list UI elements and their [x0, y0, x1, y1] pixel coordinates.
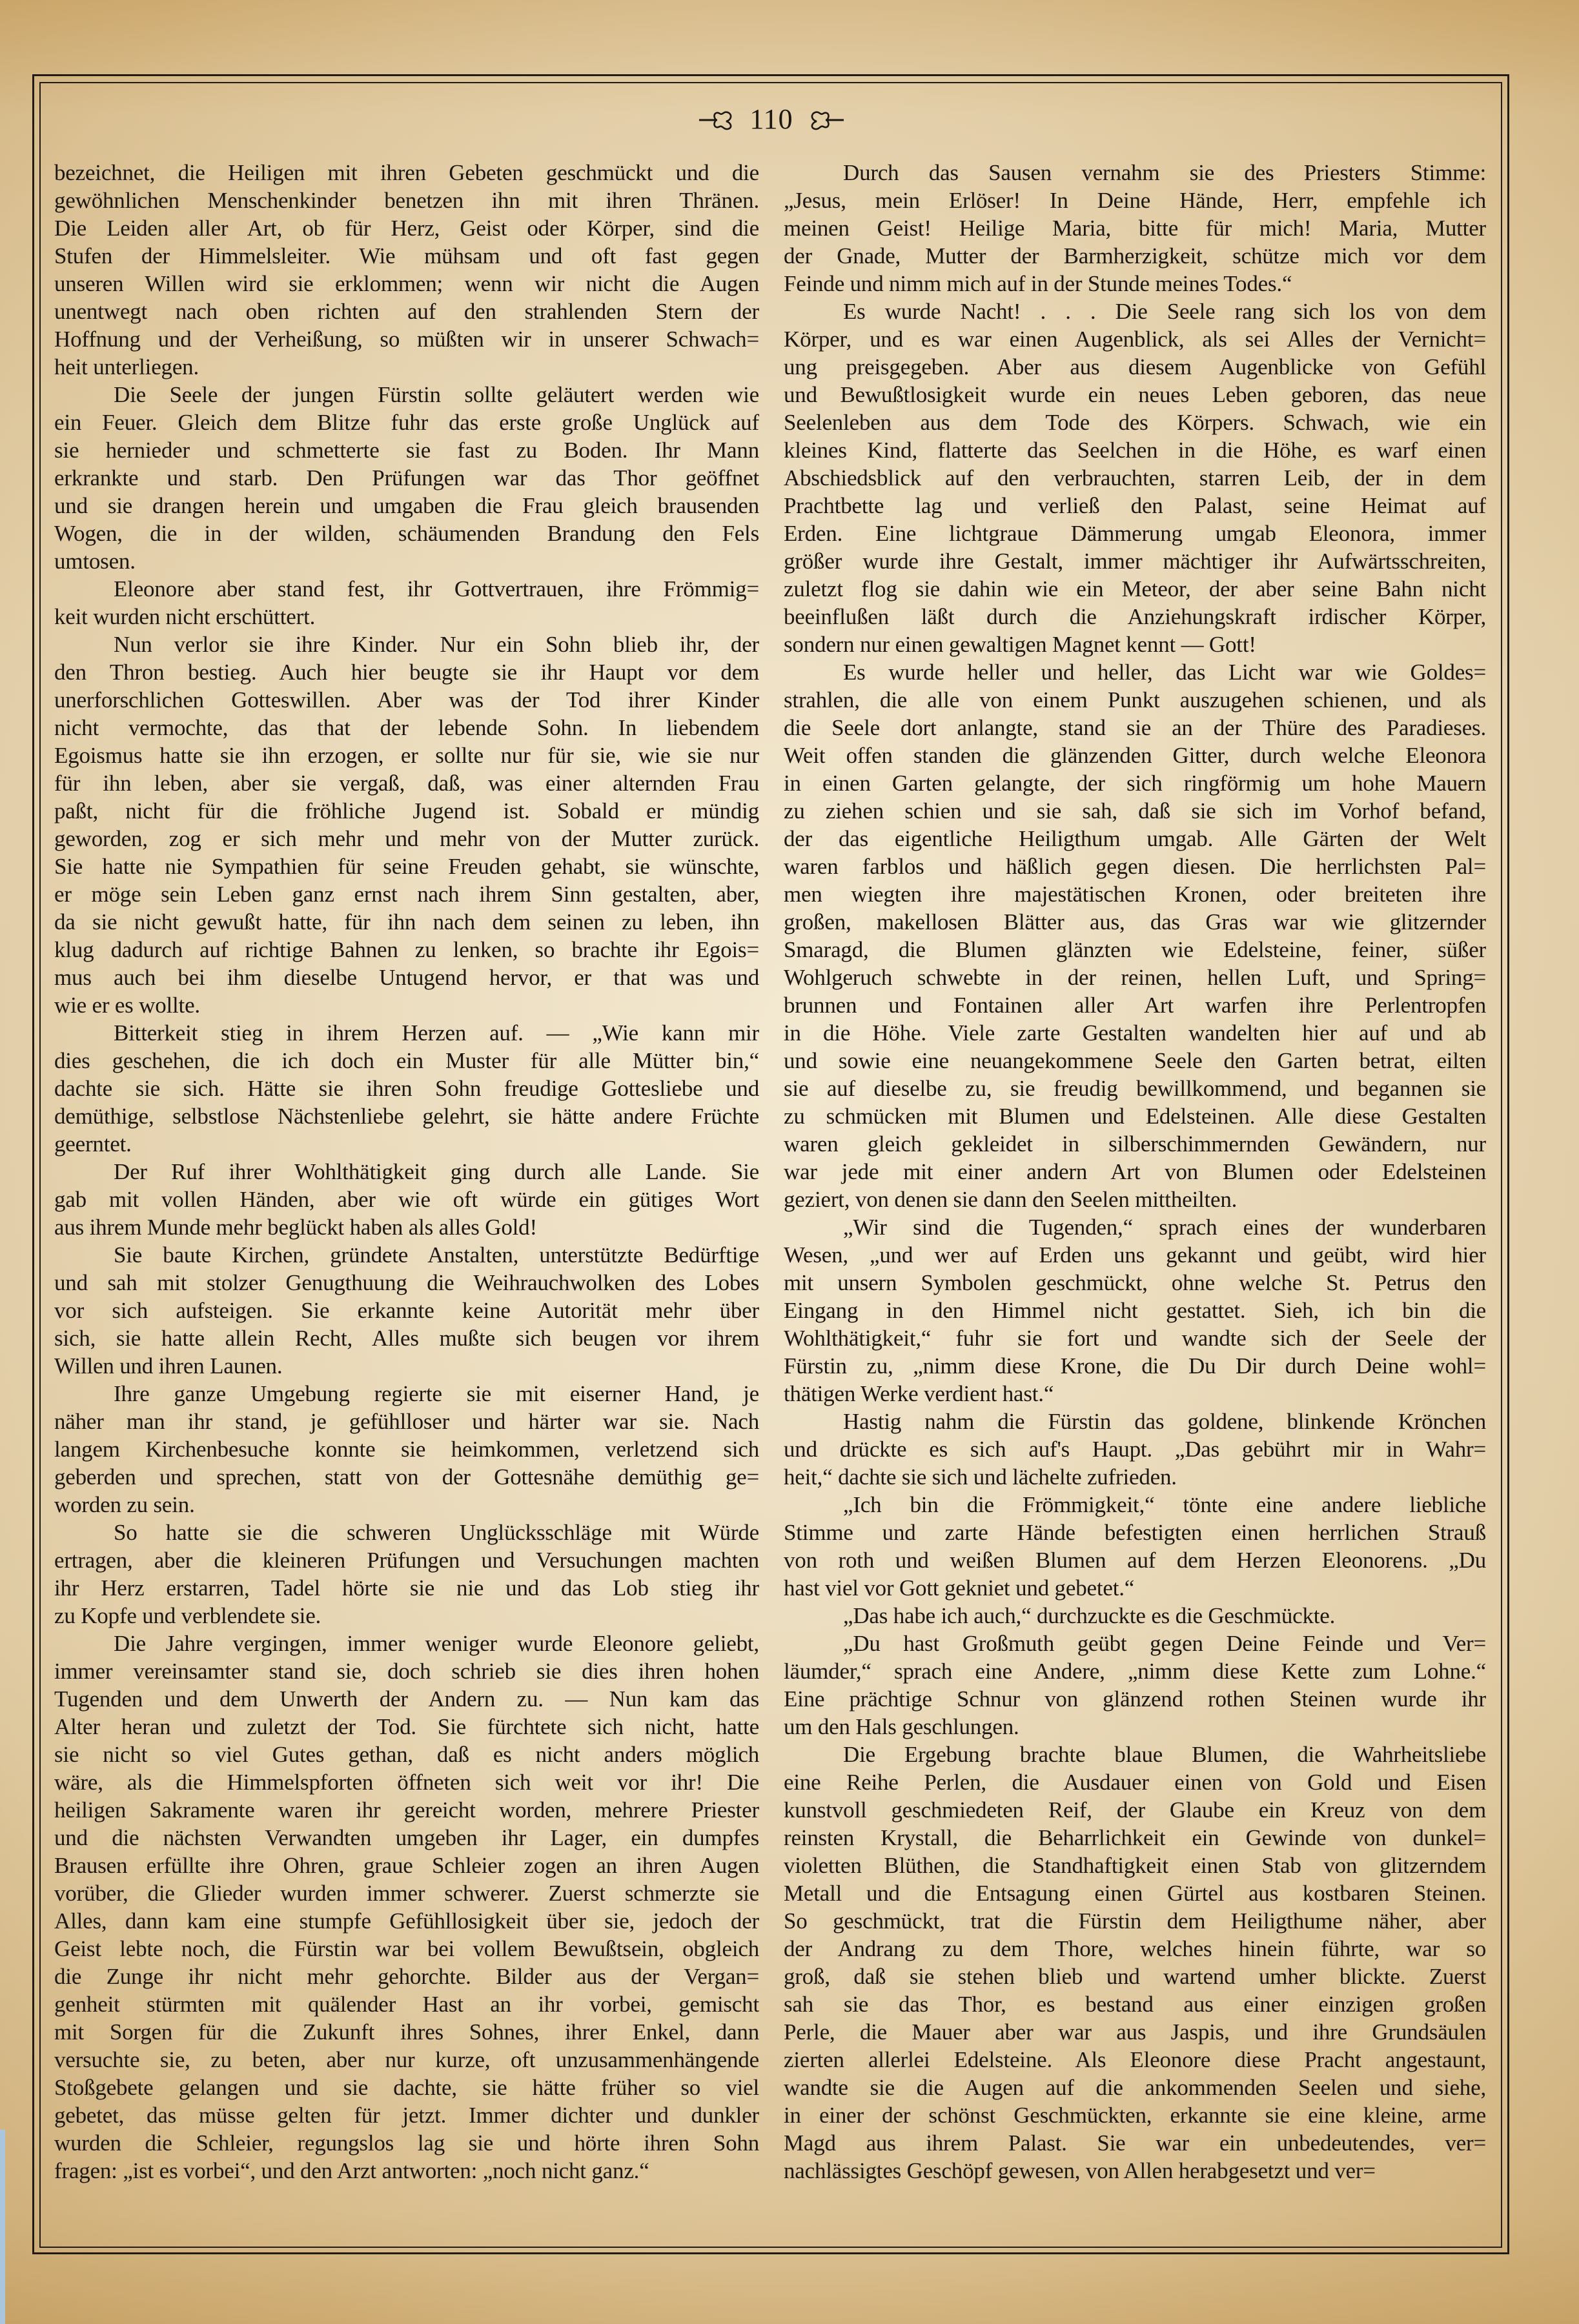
- text-line: die Seele dort anlangte, stand sie an de…: [784, 714, 1486, 742]
- text-line: waren gleich gekleidet in silberschimmer…: [784, 1130, 1486, 1158]
- text-line: vorüber, die Glieder wurden immer schwer…: [54, 1879, 759, 1907]
- text-line: gab mit vollen Händen, aber wie oft würd…: [54, 1186, 759, 1213]
- text-line: die Zunge ihr nicht mehr gehorchte. Bild…: [54, 1963, 759, 1990]
- text-line: unerforschlichen Gotteswillen. Aber was …: [54, 686, 759, 714]
- text-line: immer vereinsamter stand sie, doch schri…: [54, 1657, 759, 1685]
- text-line: Fürstin zu, „nimm diese Krone, die Du Di…: [784, 1352, 1486, 1380]
- text-line: Durch das Sausen vernahm sie des Prieste…: [784, 159, 1486, 187]
- text-line: größer wurde ihre Gestalt, immer mächtig…: [784, 547, 1486, 575]
- text-line: waren farblos und häßlich gegen diesen. …: [784, 853, 1486, 880]
- text-line: sie nicht so viel Gutes gethan, daß es n…: [54, 1741, 759, 1768]
- text-line: Metall und die Entsagung einen Gürtel au…: [784, 1879, 1486, 1907]
- text-column-right: Durch das Sausen vernahm sie des Prieste…: [784, 159, 1486, 2185]
- paragraph: Der Ruf ihrer Wohlthätigkeit ging durch …: [54, 1158, 759, 1241]
- text-line: geworden, zog er sich mehr und mehr von …: [54, 825, 759, 853]
- text-line: mus auch bei ihm dieselbe Untugend hervo…: [54, 964, 759, 991]
- text-line: der das eigentliche Heiligthum umgab. Al…: [784, 825, 1486, 853]
- paragraph: Ihre ganze Umgebung regierte sie mit eis…: [54, 1380, 759, 1519]
- paragraph: Die Ergebung brachte blaue Blumen, die W…: [784, 1741, 1486, 2185]
- text-line: wäre, als die Himmelspforten öffneten si…: [54, 1768, 759, 1796]
- text-line: Weit offen standen die glänzenden Gitter…: [784, 742, 1486, 769]
- text-line: in einen Garten gelangte, der sich ringf…: [784, 769, 1486, 797]
- text-line: thätigen Werke verdient hast.“: [784, 1380, 1486, 1408]
- paragraph: So hatte sie die schweren Unglücksschläg…: [54, 1519, 759, 1630]
- text-line: dachte sie sich. Hätte sie ihren Sohn fr…: [54, 1075, 759, 1102]
- text-line: er möge sein Leben ganz ernst nach ihrem…: [54, 880, 759, 908]
- text-line: strahlen, die alle von einem Punkt auszu…: [784, 686, 1486, 714]
- text-line: Egoismus hatte sie ihn erzogen, er sollt…: [54, 742, 759, 769]
- text-line: dies geschehen, die ich doch ein Muster …: [54, 1047, 759, 1075]
- text-line: brunnen und Fontainen aller Art warfen i…: [784, 991, 1486, 1019]
- text-line: von roth und weißen Blumen auf dem Herze…: [784, 1546, 1486, 1574]
- text-line: Prachtbette lag und verließ den Palast, …: [784, 492, 1486, 520]
- text-line: um den Hals geschlungen.: [784, 1713, 1486, 1741]
- text-line: Es wurde heller und heller, das Licht wa…: [784, 658, 1486, 686]
- text-line: näher man ihr stand, je gefühlloser und …: [54, 1408, 759, 1435]
- text-line: eine Reihe Perlen, die Ausdauer einen vo…: [784, 1768, 1486, 1796]
- text-line: Erden. Eine lichtgraue Dämmerung umgab E…: [784, 520, 1486, 547]
- text-line: Die Seele der jungen Fürstin sollte gelä…: [54, 381, 759, 409]
- text-line: geziert, von denen sie dann den Seelen m…: [784, 1186, 1486, 1213]
- text-line: Perle, die Mauer aber war aus Jaspis, un…: [784, 2018, 1486, 2046]
- text-line: heit,“ dachte sie sich und lächelte zufr…: [784, 1463, 1486, 1491]
- text-line: „Ich bin die Frömmigkeit,“ tönte eine an…: [784, 1491, 1486, 1519]
- text-line: Wohlgeruch schwebte in der reinen, helle…: [784, 964, 1486, 991]
- text-line: versuchte sie, zu beten, aber nur kurze,…: [54, 2046, 759, 2074]
- text-line: Brausen erfüllte ihre Ohren, graue Schle…: [54, 1852, 759, 1879]
- text-column-left: bezeichnet, die Heiligen mit ihren Gebet…: [54, 159, 759, 2185]
- text-line: Sie baute Kirchen, gründete Anstalten, u…: [54, 1241, 759, 1269]
- text-line: zu Kopfe und verblendete sie.: [54, 1602, 759, 1630]
- text-line: Geist lebte noch, die Fürstin war bei vo…: [54, 1935, 759, 1963]
- text-line: in die Höhe. Viele zarte Gestalten wande…: [784, 1019, 1486, 1047]
- text-line: sie auf dieselbe zu, sie freudig bewillk…: [784, 1075, 1486, 1102]
- text-line: Wesen, „und wer auf Erden uns gekannt un…: [784, 1241, 1486, 1269]
- text-line: sondern nur einen gewaltigen Magnet kenn…: [784, 631, 1486, 658]
- text-line: hast viel vor Gott gekniet und gebetet.“: [784, 1574, 1486, 1602]
- paragraph: Sie baute Kirchen, gründete Anstalten, u…: [54, 1241, 759, 1380]
- text-line: paßt, nicht für die fröhliche Jugend ist…: [54, 797, 759, 825]
- text-line: So hatte sie die schweren Unglücksschläg…: [54, 1519, 759, 1546]
- text-line: zuletzt flog sie dahin wie ein Meteor, d…: [784, 575, 1486, 603]
- paragraph: Nun verlor sie ihre Kinder. Nur ein Sohn…: [54, 631, 759, 1019]
- text-line: langem Kirchenbesuche konnte sie heimkom…: [54, 1435, 759, 1463]
- text-line: da sie nicht gewußt hatte, für ihn nach …: [54, 908, 759, 936]
- text-line: So geschmückt, trat die Fürstin dem Heil…: [784, 1907, 1486, 1935]
- paragraph: bezeichnet, die Heiligen mit ihren Gebet…: [54, 159, 759, 381]
- paragraph: Es wurde Nacht! . . . Die Seele rang sic…: [784, 298, 1486, 658]
- text-line: sah sie das Thor, es bestand aus einer e…: [784, 1990, 1486, 2018]
- text-line: ertragen, aber die kleineren Prüfungen u…: [54, 1546, 759, 1574]
- text-line: Hoffnung und der Verheißung, so müßten w…: [54, 325, 759, 353]
- text-line: keit wurden nicht erschüttert.: [54, 603, 759, 631]
- paragraph: Durch das Sausen vernahm sie des Prieste…: [784, 159, 1486, 298]
- text-line: aus ihrem Munde mehr beglückt haben als …: [54, 1213, 759, 1241]
- text-line: kleines Kind, flatterte das Seelchen in …: [784, 436, 1486, 464]
- text-line: meinen Geist! Heilige Maria, bitte für m…: [784, 214, 1486, 242]
- text-line: großen, makellosen Blätter aus, das Gras…: [784, 908, 1486, 936]
- text-line: wie er es wollte.: [54, 991, 759, 1019]
- text-line: Wohlthätigkeit,“ fuhr sie fort und wandt…: [784, 1324, 1486, 1352]
- paragraph: Es wurde heller und heller, das Licht wa…: [784, 658, 1486, 1213]
- text-line: Wogen, die in der wilden, schäumenden Br…: [54, 520, 759, 547]
- text-line: genheit stürmten mit quälender Hast an i…: [54, 1990, 759, 2018]
- text-line: ein Feuer. Gleich dem Blitze fuhr das er…: [54, 409, 759, 436]
- text-line: Bitterkeit stieg in ihrem Herzen auf. — …: [54, 1019, 759, 1047]
- text-line: unentwegt nach oben richten auf den stra…: [54, 298, 759, 325]
- text-line: mit unsern Symbolen geschmückt, ohne wel…: [784, 1269, 1486, 1297]
- text-line: und die nächsten Verwandten umgeben ihr …: [54, 1824, 759, 1852]
- text-line: fragen: „ist es vorbei“, und den Arzt an…: [54, 2157, 759, 2185]
- paragraph: „Ich bin die Frömmigkeit,“ tönte eine an…: [784, 1491, 1486, 1602]
- text-line: Stimme und zarte Hände befestigten einen…: [784, 1519, 1486, 1546]
- paragraph: Die Jahre vergingen, immer weniger wurde…: [54, 1630, 759, 2185]
- text-line: unseren Willen wird sie erklommen; wenn …: [54, 270, 759, 298]
- text-line: „Wir sind die Tugenden,“ sprach eines de…: [784, 1213, 1486, 1241]
- text-line: den Thron bestieg. Auch hier beugte sie …: [54, 658, 759, 686]
- text-line: bezeichnet, die Heiligen mit ihren Gebet…: [54, 159, 759, 187]
- text-line: Alles, dann kam eine stumpfe Gefühllosig…: [54, 1907, 759, 1935]
- text-line: und sie drangen herein und umgaben die F…: [54, 492, 759, 520]
- text-line: umtosen.: [54, 547, 759, 575]
- text-line: und sah mit stolzer Genugthuung die Weih…: [54, 1269, 759, 1297]
- text-line: gebetet, das müsse gelten für jetzt. Imm…: [54, 2101, 759, 2129]
- text-line: Körper, und es war einen Augenblick, als…: [784, 325, 1486, 353]
- paragraph: „Du hast Großmuth geübt gegen Deine Fein…: [784, 1630, 1486, 1741]
- text-line: Hastig nahm die Fürstin das goldene, bli…: [784, 1408, 1486, 1435]
- text-line: Feinde und nimm mich auf in der Stunde m…: [784, 270, 1486, 298]
- text-line: worden zu sein.: [54, 1491, 759, 1519]
- text-line: Smaragd, die Blumen glänzten wie Edelste…: [784, 936, 1486, 964]
- paragraph: Bitterkeit stieg in ihrem Herzen auf. — …: [54, 1019, 759, 1158]
- text-line: Eine prächtige Schnur von glänzend rothe…: [784, 1685, 1486, 1713]
- text-line: „Du hast Großmuth geübt gegen Deine Fein…: [784, 1630, 1486, 1657]
- scanner-background-strip: [0, 2130, 5, 2324]
- text-line: vor sich aufsteigen. Sie erkannte keine …: [54, 1297, 759, 1324]
- text-line: heiligen Sakramente waren ihr gereicht w…: [54, 1796, 759, 1824]
- paragraph: Die Seele der jungen Fürstin sollte gelä…: [54, 381, 759, 575]
- text-line: demüthige, selbstlose Nächstenliebe gele…: [54, 1102, 759, 1130]
- text-line: für ihn leben, aber sie vergaß, daß, was…: [54, 769, 759, 797]
- text-line: Stoßgebete gelangen und sie dachte, sie …: [54, 2074, 759, 2101]
- text-line: ung preisgegeben. Aber aus diesem Augenb…: [784, 353, 1486, 381]
- paragraph: „Wir sind die Tugenden,“ sprach eines de…: [784, 1213, 1486, 1408]
- text-line: sie hernieder und schmetterte sie fast z…: [54, 436, 759, 464]
- text-line: ihr Herz erstarren, Tadel hörte sie nie …: [54, 1574, 759, 1602]
- text-line: wandte sie die Augen auf die ankommenden…: [784, 2074, 1486, 2101]
- text-line: Willen und ihren Launen.: [54, 1352, 759, 1380]
- text-line: Stufen der Himmelsleiter. Wie mühsam und…: [54, 242, 759, 270]
- text-line: violetten Blüthen, die Standhaftigkeit e…: [784, 1852, 1486, 1879]
- text-line: beeinflußen läßt durch die Anziehungskra…: [784, 603, 1486, 631]
- text-line: in einer der schönst Geschmückten, erkan…: [784, 2101, 1486, 2129]
- text-line: zu ziehen schien und sie sah, daß sie si…: [784, 797, 1486, 825]
- text-line: Die Jahre vergingen, immer weniger wurde…: [54, 1630, 759, 1657]
- ornament-right-icon: [808, 108, 845, 130]
- text-line: sich, sie hatte allein Recht, Alles mußt…: [54, 1324, 759, 1352]
- text-line: men wiegten ihre majestätischen Kronen, …: [784, 880, 1486, 908]
- text-line: Abschiedsblick auf den verbrauchten, sta…: [784, 464, 1486, 492]
- text-line: Die Ergebung brachte blaue Blumen, die W…: [784, 1741, 1486, 1768]
- text-line: und sowie eine neuangekommene Seele den …: [784, 1047, 1486, 1075]
- text-line: zierten allerlei Edelsteine. Als Eleonor…: [784, 2046, 1486, 2074]
- text-line: und drückte es sich auf's Haupt. „Das ge…: [784, 1435, 1486, 1463]
- text-line: läumder,“ sprach eine Andere, „nimm dies…: [784, 1657, 1486, 1685]
- text-line: und Bewußtlosigkeit wurde ein neues Lebe…: [784, 381, 1486, 409]
- text-line: Ihre ganze Umgebung regierte sie mit eis…: [54, 1380, 759, 1408]
- text-line: klug dadurch auf richtige Bahnen zu lenk…: [54, 936, 759, 964]
- text-line: der Gnade, Mutter der Barmherzigkeit, sc…: [784, 242, 1486, 270]
- text-line: Es wurde Nacht! . . . Die Seele rang sic…: [784, 298, 1486, 325]
- text-line: mit Sorgen für die Zukunft ihres Sohnes,…: [54, 2018, 759, 2046]
- text-line: Magd aus ihrem Palast. Sie war ein unbed…: [784, 2129, 1486, 2157]
- text-line: Eleonore aber stand fest, ihr Gottvertra…: [54, 575, 759, 603]
- text-line: geberden und sprechen, statt von der Got…: [54, 1463, 759, 1491]
- text-line: „Das habe ich auch,“ durchzuckte es die …: [784, 1602, 1486, 1630]
- text-line: heit unterliegen.: [54, 353, 759, 381]
- text-line: der Andrang zu dem Thore, welches hinein…: [784, 1935, 1486, 1963]
- text-line: nicht vermochte, das that der lebende So…: [54, 714, 759, 742]
- paragraph: Eleonore aber stand fest, ihr Gottvertra…: [54, 575, 759, 631]
- text-line: Eingang in den Himmel nicht gestattet. S…: [784, 1297, 1486, 1324]
- text-line: kunstvoll geschmiedeten Reif, der Glaube…: [784, 1796, 1486, 1824]
- text-line: wurden die Schleier, regungslos lag sie …: [54, 2129, 759, 2157]
- ornament-left-icon: [698, 108, 735, 130]
- text-line: Seelenleben aus dem Tode des Körpers. Sc…: [784, 409, 1486, 436]
- text-line: groß, daß sie stehen blieb und wartend u…: [784, 1963, 1486, 1990]
- page-number-header: 110: [684, 103, 859, 136]
- text-line: gewöhnlichen Menschenkinder benetzen ihn…: [54, 187, 759, 214]
- text-line: Sie hatte nie Sympathien für seine Freud…: [54, 853, 759, 880]
- text-line: geerntet.: [54, 1130, 759, 1158]
- text-line: zu schmücken mit Blumen und Edelsteinen.…: [784, 1102, 1486, 1130]
- text-line: Nun verlor sie ihre Kinder. Nur ein Sohn…: [54, 631, 759, 658]
- text-line: reinsten Krystall, die Beharrlichkeit ei…: [784, 1824, 1486, 1852]
- text-line: „Jesus, mein Erlöser! In Deine Hände, He…: [784, 187, 1486, 214]
- text-line: Die Leiden aller Art, ob für Herz, Geist…: [54, 214, 759, 242]
- paragraph: Hastig nahm die Fürstin das goldene, bli…: [784, 1408, 1486, 1491]
- text-line: nachlässigtes Geschöpf gewesen, von Alle…: [784, 2157, 1486, 2185]
- text-line: Der Ruf ihrer Wohlthätigkeit ging durch …: [54, 1158, 759, 1186]
- paragraph: „Das habe ich auch,“ durchzuckte es die …: [784, 1602, 1486, 1630]
- text-line: war jede mit einer andern Art von Blumen…: [784, 1158, 1486, 1186]
- page-number: 110: [749, 103, 793, 136]
- text-line: erkrankte und starb. Den Prüfungen war d…: [54, 464, 759, 492]
- text-line: Alter heran und zuletzt der Tod. Sie für…: [54, 1713, 759, 1741]
- text-line: Tugenden und dem Unwerth der Andern zu. …: [54, 1685, 759, 1713]
